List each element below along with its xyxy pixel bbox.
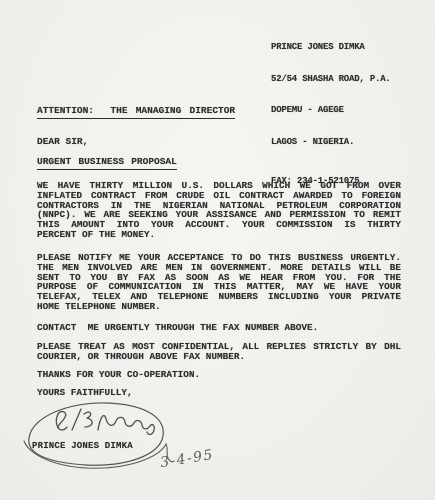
salutation: DEAR SIR, [37,136,88,147]
signature-oval-outer [29,403,163,465]
attention-line: ATTENTION: THE MANAGING DIRECTOR [37,105,235,119]
signed-typed-name: PRINCE JONES DIMKA [32,441,133,451]
paragraph-line: HOME TELEPHONE NUMBER. [37,302,401,312]
contact-line: CONTACT ME URGENTLY THROUGH THE FAX NUMB… [37,323,401,333]
sender-name: PRINCE JONES DIMKA [271,42,391,53]
thanks-line: THANKS FOR YOUR CO-OPERATION. [37,370,401,380]
body-paragraph-1: WE HAVE THIRTY MILLION U.S. DOLLARS WHIC… [37,181,401,240]
sender-address-line-2: DOPEMU - AGEGE [271,105,391,116]
paragraph-line: COURIER, OR THROUGH ABOVE FAX NUMBER. [37,352,401,362]
confidential-paragraph: PLEASE TREAT AS MOST CONFIDENTIAL, ALL R… [37,342,401,362]
paragraph-line: PERCENT OF THE MONEY. [37,230,401,240]
sender-address-line-3: LAGOS - NIGERIA. [271,137,391,148]
sender-address-line-1: 52/54 SHASHA ROAD, P.A. [271,74,391,85]
body-paragraph-2: PLEASE NOTIFY ME YOUR ACCEPTANCE TO DO T… [37,253,401,312]
signature-scribble [56,409,154,434]
subject-line: URGENT BUSINESS PROPOSAL [37,156,177,170]
scanned-letter-page: PRINCE JONES DIMKA 52/54 SHASHA ROAD, P.… [0,0,435,500]
